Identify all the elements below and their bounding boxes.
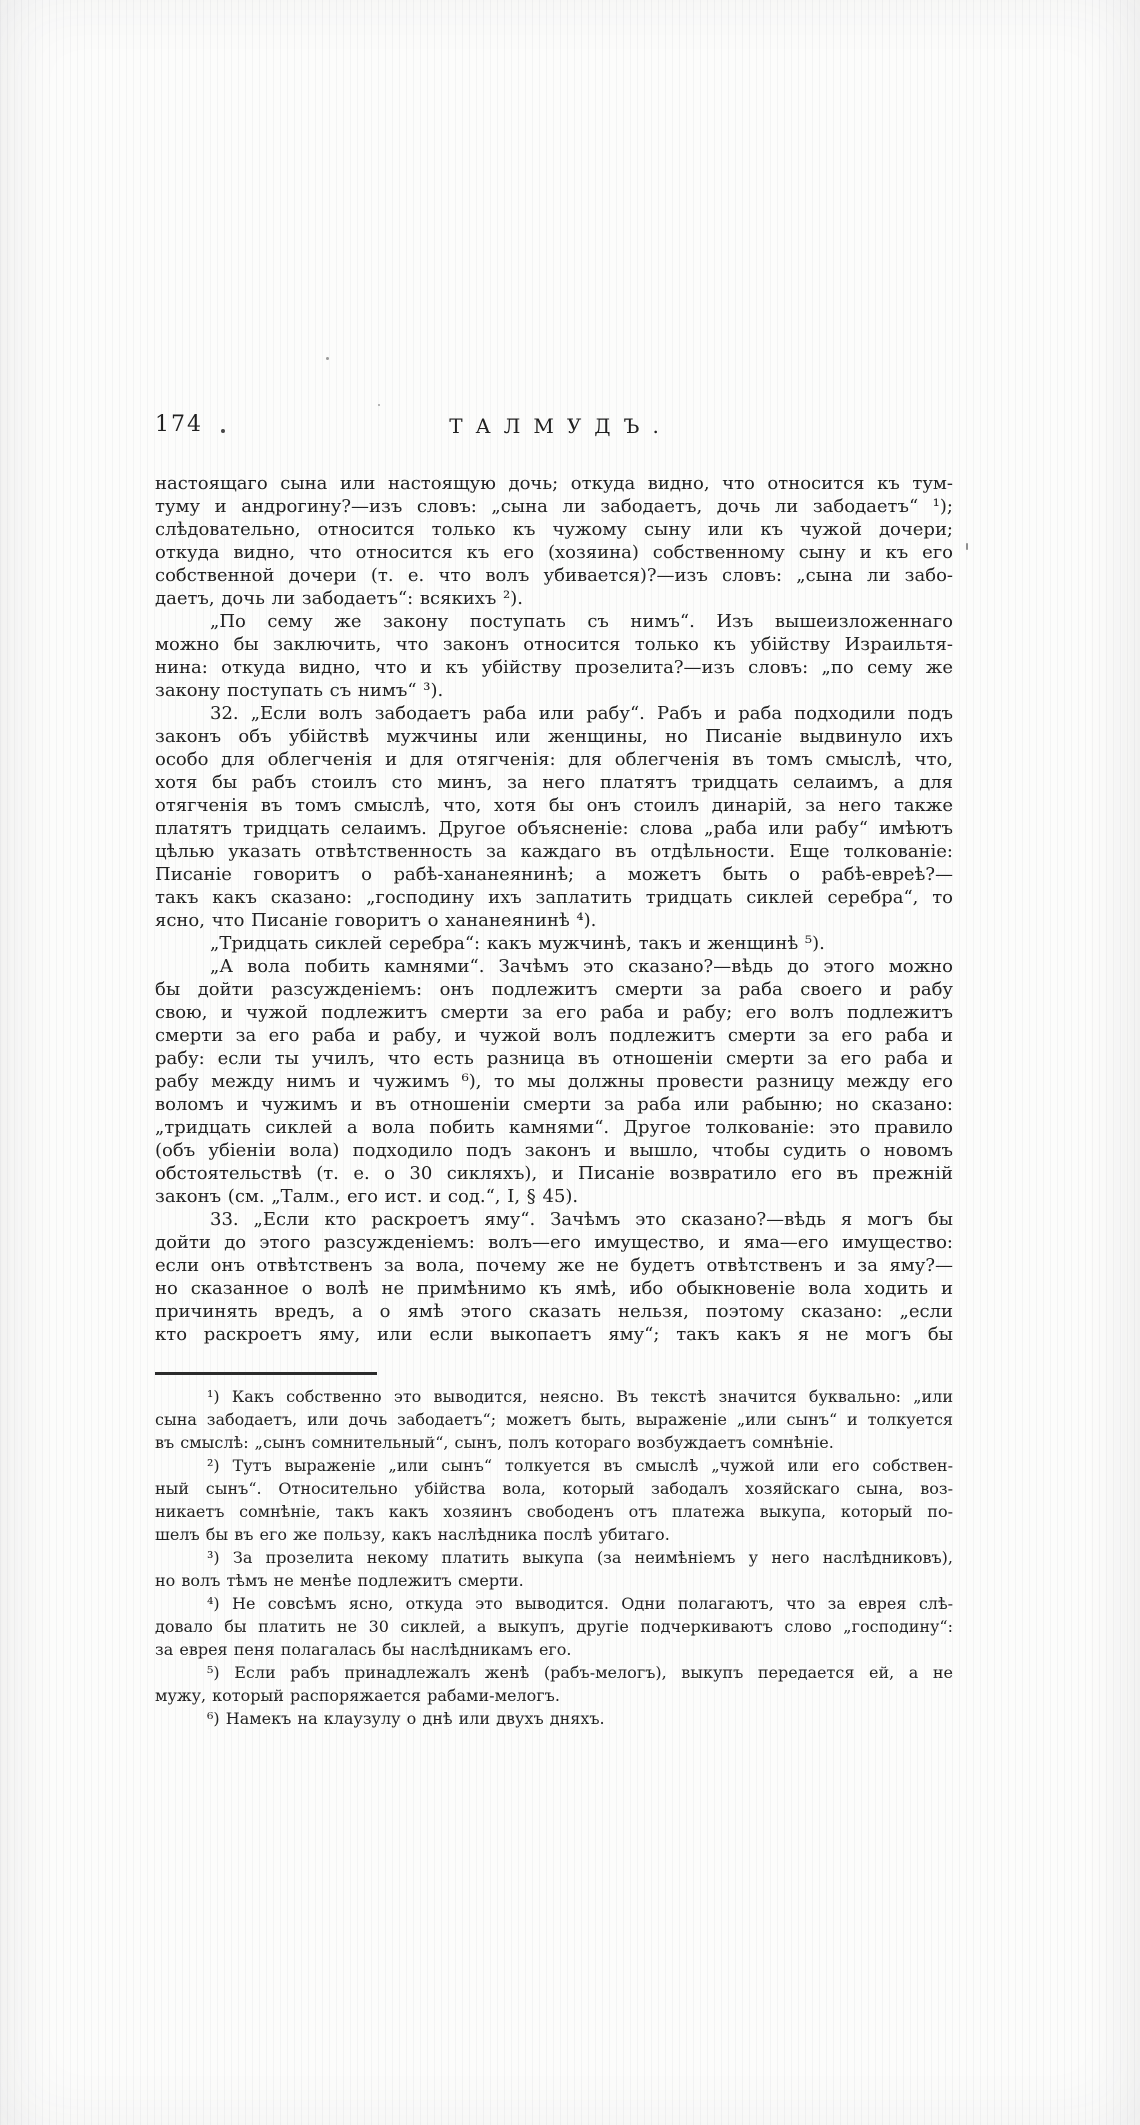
footnote-line: мужу, который распоряжается рабами-мелог… <box>155 1684 953 1707</box>
paragraph: „По сему же закону поступать съ нимъ“. И… <box>155 610 953 702</box>
text-line: законъ (см. „Талм., его ист. и сод.“, I,… <box>155 1185 953 1208</box>
scan-artifact <box>378 404 380 406</box>
text-line: кто раскроетъ яму, или если выкопаетъ ям… <box>155 1323 953 1346</box>
paragraph: 32. „Если волъ забодаетъ раба или рабу“.… <box>155 702 953 932</box>
text-line: 32. „Если волъ забодаетъ раба или рабу“.… <box>155 702 953 725</box>
text-line: нина: откуда видно, что и къ убійству пр… <box>155 656 953 679</box>
page-header: 174 ТАЛМУДЪ. <box>155 412 953 442</box>
text-line: особо для облегченія и для отягченія: дл… <box>155 748 953 771</box>
footnote-separator <box>155 1372 377 1375</box>
footnote-line: сына забодаетъ, или дочь забодаетъ“; мож… <box>155 1408 953 1431</box>
text-line: (объ убіеніи вола) подходило подъ законъ… <box>155 1139 953 1162</box>
text-line: закону поступать съ нимъ“ ³). <box>155 679 953 702</box>
scan-artifact <box>326 357 329 360</box>
footnote: ¹) Какъ собственно это выводится, неясно… <box>155 1385 953 1454</box>
footnote: ⁶) Намекъ на клаузулу о днѣ или двухъ дн… <box>155 1707 953 1730</box>
text-line: причинять вредъ, а о ямѣ этого сказать н… <box>155 1300 953 1323</box>
footnotes: ¹) Какъ собственно это выводится, неясно… <box>155 1385 953 1730</box>
text-line: законъ объ убійствѣ мужчины или женщины,… <box>155 725 953 748</box>
footnote-line: но волъ тѣмъ не менѣе подлежитъ смерти. <box>155 1569 953 1592</box>
text-line: но сказанное о волѣ не примѣнимо къ ямѣ,… <box>155 1277 953 1300</box>
footnote-line: ⁶) Намекъ на клаузулу о днѣ или двухъ дн… <box>155 1707 953 1730</box>
text-line: слѣдовательно, относится только къ чужом… <box>155 518 953 541</box>
text-line: обстоятельствѣ (т. е. о 30 сикляхъ), и П… <box>155 1162 953 1185</box>
text-line: собственной дочери (т. е. что волъ убива… <box>155 564 953 587</box>
footnote-line: ¹) Какъ собственно это выводится, неясно… <box>155 1385 953 1408</box>
text-line: смерти за его раба и рабу, и чужой волъ … <box>155 1024 953 1047</box>
running-title: ТАЛМУДЪ. <box>155 414 953 438</box>
footnote-line: ²) Тутъ выраженіе „или сынъ“ толкуется в… <box>155 1454 953 1477</box>
footnote-line: ³) За прозелита некому платить выкупа (з… <box>155 1546 953 1569</box>
text-line: можно бы заключить, что законъ относится… <box>155 633 953 656</box>
text-line: дойти до этого разсужденіемъ: волъ—его и… <box>155 1231 953 1254</box>
footnote: ⁵) Если рабъ принадлежалъ женѣ (рабъ-мел… <box>155 1661 953 1707</box>
text-line: рабу: если ты училъ, что есть разница въ… <box>155 1047 953 1070</box>
footnote-line: довало бы платить не 30 сиклей, а выкупъ… <box>155 1615 953 1638</box>
text-line: цѣлью указать отвѣтственность за каждаго… <box>155 840 953 863</box>
footnote-line: никаетъ сомнѣніе, такъ какъ хозяинъ своб… <box>155 1500 953 1523</box>
footnote-line: въ смыслѣ: „сынъ сомнительный“, сынъ, по… <box>155 1431 953 1454</box>
text-line: 33. „Если кто раскроетъ яму“. Зачѣмъ это… <box>155 1208 953 1231</box>
text-line: „А вола побить камнями“. Зачѣмъ это сказ… <box>155 955 953 978</box>
footnote-line: ⁴) Не совсѣмъ ясно, откуда это выводится… <box>155 1592 953 1615</box>
text-line: такъ какъ сказано: „господину ихъ заплат… <box>155 886 953 909</box>
text-line: откуда видно, что относится къ его (хозя… <box>155 541 953 564</box>
body-text: настоящаго сына или настоящую дочь; отку… <box>155 472 953 1346</box>
text-line: настоящаго сына или настоящую дочь; отку… <box>155 472 953 495</box>
footnote: ²) Тутъ выраженіе „или сынъ“ толкуется в… <box>155 1454 953 1546</box>
book-page-scan: 174 ТАЛМУДЪ. настоящаго сына или настоящ… <box>0 0 1140 2125</box>
text-line: ясно, что Писаніе говоритъ о хананеянинѣ… <box>155 909 953 932</box>
footnote: ³) За прозелита некому платить выкупа (з… <box>155 1546 953 1592</box>
footnote-line: шелъ бы въ его же пользу, какъ наслѣдник… <box>155 1523 953 1546</box>
text-line: „По сему же закону поступать съ нимъ“. И… <box>155 610 953 633</box>
paragraph: настоящаго сына или настоящую дочь; отку… <box>155 472 953 610</box>
footnote: ⁴) Не совсѣмъ ясно, откуда это выводится… <box>155 1592 953 1661</box>
footnote-line: ный сынъ“. Относительно убійства вола, к… <box>155 1477 953 1500</box>
paragraph: „А вола побить камнями“. Зачѣмъ это сказ… <box>155 955 953 1208</box>
text-line: отягченія въ томъ смыслѣ, что, хотя бы о… <box>155 794 953 817</box>
text-line: бы дойти разсужденіемъ: онъ подлежитъ см… <box>155 978 953 1001</box>
text-line: „Тридцать сиклей серебра“: какъ мужчинѣ,… <box>155 932 953 955</box>
text-line: даетъ, дочь ли забодаетъ“: всякихъ ²). <box>155 587 953 610</box>
paragraph: „Тридцать сиклей серебра“: какъ мужчинѣ,… <box>155 932 953 955</box>
text-line: если онъ отвѣтственъ за вола, почему же … <box>155 1254 953 1277</box>
text-line: рабу между нимъ и чужимъ ⁶), то мы должн… <box>155 1070 953 1093</box>
paragraph: 33. „Если кто раскроетъ яму“. Зачѣмъ это… <box>155 1208 953 1346</box>
scan-artifact <box>221 429 225 433</box>
footnote-line: за еврея пеня полагалась бы наслѣдникамъ… <box>155 1638 953 1661</box>
footnote-line: ⁵) Если рабъ принадлежалъ женѣ (рабъ-мел… <box>155 1661 953 1684</box>
text-line: свою, и чужой подлежитъ смерти за его ра… <box>155 1001 953 1024</box>
scan-artifact <box>966 543 968 550</box>
text-line: Писаніе говоритъ о рабѣ-хананеянинѣ; а м… <box>155 863 953 886</box>
text-line: туму и андрогину?—изъ словъ: „сына ли за… <box>155 495 953 518</box>
text-line: „тридцать сиклей а вола побить камнями“.… <box>155 1116 953 1139</box>
text-line: хотя бы рабъ стоилъ сто минъ, за него пл… <box>155 771 953 794</box>
text-line: платятъ тридцать селаимъ. Другое объясне… <box>155 817 953 840</box>
text-line: воломъ и чужимъ и въ отношеніи смерти за… <box>155 1093 953 1116</box>
